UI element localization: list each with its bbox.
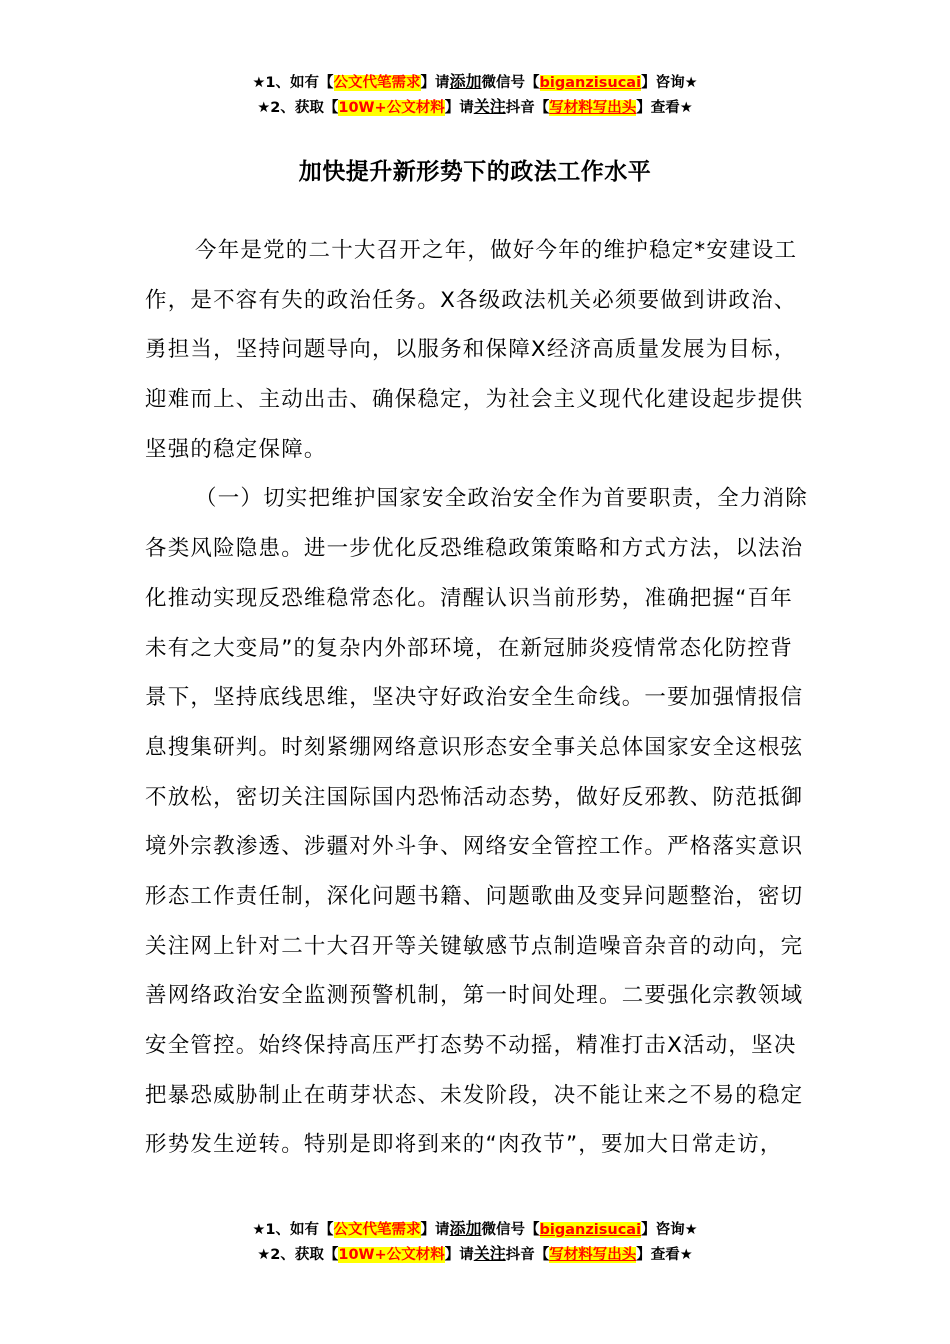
banner-text: 抖音【 [506,1247,550,1263]
highlight-ghostwriting: 公文代笔需求 [334,1222,421,1238]
highlight-materials: 10W+公文材料 [338,1247,444,1263]
body-line: 作，是不容有失的政治任务。X各级政法机关必须要做到讲政治、 [145,276,805,326]
section-heading-line: （一）切实把维护国家安全政治安全作为首要职责，全力消除 [145,474,805,524]
banner-text: ★2、获取【 [257,100,338,116]
body-line: 把暴恐威胁制止在萌芽状态、未发阶段，决不能让来之不易的稳定 [145,1071,805,1121]
body-line: 迎难而上、主动出击、确保稳定，为社会主义现代化建设起步提供 [145,375,805,425]
underlined-add: 添加 [450,1219,482,1238]
banner-text: 】查看★ [636,100,693,116]
highlight-wechat-id: biganzisucai [540,1222,642,1238]
body-line: 各类风险隐患。进一步优化反恐维稳政策策略和方式方法，以法治 [145,524,805,574]
highlight-douyin-account: 写材料写出头 [549,1247,636,1263]
highlight-materials: 10W+公文材料 [338,100,444,116]
banner-text: ★2、获取【 [257,1247,338,1263]
header-banner-line-1: ★1、如有【公文代笔需求】请添加微信号【biganzisucai】咨询★ [0,70,950,95]
body-line: 勇担当，坚持问题导向，以服务和保障X经济高质量发展为目标， [145,325,805,375]
banner-text: 】咨询★ [641,75,698,91]
banner-text: 】查看★ [636,1247,693,1263]
banner-text: 】请 [445,1247,474,1263]
document-title: 加快提升新形势下的政法工作水平 [0,155,950,189]
body-line: 息搜集研判。时刻紧绷网络意识形态安全事关总体国家安全这根弦 [145,723,805,773]
body-line: 景下，坚持底线思维，坚决守好政治安全生命线。一要加强情报信 [145,673,805,723]
body-line: 化推动实现反恐维稳常态化。清醒认识当前形势，准确把握“百年 [145,574,805,624]
highlight-wechat-id: biganzisucai [540,75,642,91]
highlight-douyin-account: 写材料写出头 [549,100,636,116]
banner-text: ★1、如有【 [252,1222,333,1238]
paragraph-section-1: （一）切实把维护国家安全政治安全作为首要职责，全力消除 各类风险隐患。进一步优化… [145,474,805,1170]
footer-banner-line-2: ★2、获取【10W+公文材料】请关注抖音【写材料写出头】查看★ [0,1242,950,1267]
underlined-follow: 关注 [474,1244,506,1263]
banner-text: 】请 [445,100,474,116]
banner-text: 】请 [421,1222,450,1238]
highlight-ghostwriting: 公文代笔需求 [334,75,421,91]
body-line: 形态工作责任制，深化问题书籍、问题歌曲及变异问题整治，密切 [145,872,805,922]
header-banner: ★1、如有【公文代笔需求】请添加微信号【biganzisucai】咨询★ ★2、… [0,70,950,120]
body-line: 未有之大变局”的复杂内外部环境，在新冠肺炎疫情常态化防控背 [145,624,805,674]
header-banner-line-2: ★2、获取【10W+公文材料】请关注抖音【写材料写出头】查看★ [0,95,950,120]
footer-banner-line-1: ★1、如有【公文代笔需求】请添加微信号【biganzisucai】咨询★ [0,1217,950,1242]
footer-banner: ★1、如有【公文代笔需求】请添加微信号【biganzisucai】咨询★ ★2、… [0,1217,950,1267]
underlined-follow: 关注 [474,97,506,116]
body-line: 不放松，密切关注国际国内恐怖活动态势，做好反邪教、防范抵御 [145,773,805,823]
body-line: 关注网上针对二十大召开等关键敏感节点制造噪音杂音的动向，完 [145,922,805,972]
banner-text: 抖音【 [506,100,550,116]
banner-text: 微信号【 [482,75,540,91]
banner-text: 微信号【 [482,1222,540,1238]
banner-text: 】咨询★ [641,1222,698,1238]
star-icon: ★1、如有【 [252,75,333,91]
banner-text: 】请 [421,75,450,91]
document-body: 今年是党的二十大召开之年，做好今年的维护稳定*安建设工 作，是不容有失的政治任务… [145,226,805,1170]
body-line: 形势发生逆转。特别是即将到来的“肉孜节”，要加大日常走访， [145,1120,805,1170]
body-line: 善网络政治安全监测预警机制，第一时间处理。二要强化宗教领域 [145,971,805,1021]
body-line: 境外宗教渗透、涉疆对外斗争、网络安全管控工作。严格落实意识 [145,822,805,872]
underlined-add: 添加 [450,72,482,91]
body-line: 今年是党的二十大召开之年，做好今年的维护稳定*安建设工 [145,226,805,276]
body-line: 坚强的稳定保障。 [145,425,805,475]
body-line: 安全管控。始终保持高压严打态势不动摇，精准打击X活动，坚决 [145,1021,805,1071]
paragraph-intro: 今年是党的二十大召开之年，做好今年的维护稳定*安建设工 作，是不容有失的政治任务… [145,226,805,474]
